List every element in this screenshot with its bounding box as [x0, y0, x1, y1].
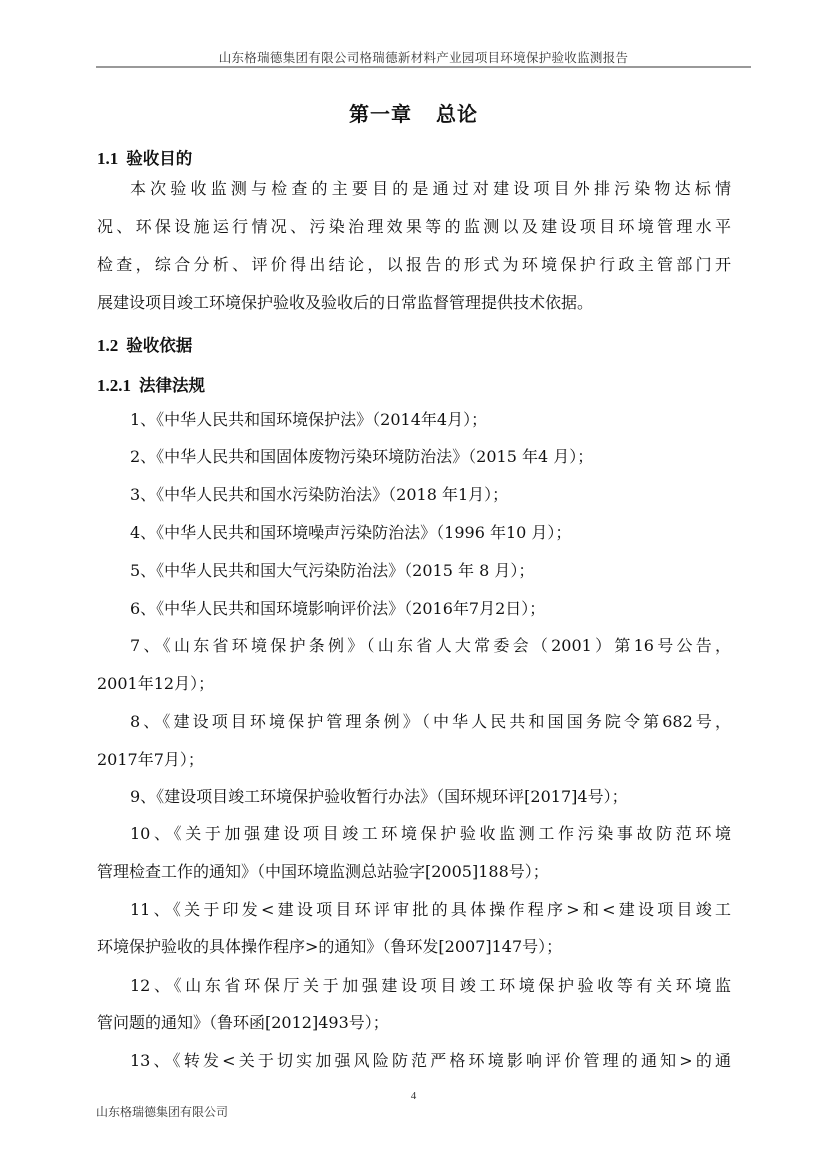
- list-item-continuation: 管问题的通知》（鲁环函[2012]493号）；: [97, 1013, 731, 1033]
- list-item: 12、《山东省环保厅关于加强建设项目竣工环境保护验收等有关环境监: [130, 976, 731, 996]
- list-item: 11、《关于印发<建设项目环评审批的具体操作程序>和<建设项目竣工: [130, 900, 731, 920]
- list-item: 7、《山东省环境保护条例》（山东省人大常委会（2001）第16号公告，: [130, 636, 731, 656]
- section-heading-1-2-1: 1.2.1法律法规: [97, 372, 205, 396]
- list-item: 6、《中华人民共和国环境影响评价法》（2016年7月2日）；: [130, 599, 764, 619]
- list-item: 4、《中华人民共和国环境噪声污染防治法》（1996 年10 月）；: [130, 523, 764, 543]
- header-rule: [96, 66, 751, 68]
- section-heading-1-1: 1.1验收目的: [97, 145, 192, 169]
- paragraph-line: 况、环保设施运行情况、污染治理效果等的监测以及建设项目环境管理水平: [97, 217, 731, 237]
- list-item: 2、《中华人民共和国固体废物污染环境防治法》（2015 年4 月）；: [130, 447, 764, 467]
- list-item: 3、《中华人民共和国水污染防治法》（2018 年1月）；: [130, 485, 764, 505]
- paragraph-line: 本次验收监测与检查的主要目的是通过对建设项目外排污染物达标情: [130, 179, 731, 199]
- list-item-continuation: 2001年12月）；: [97, 674, 731, 694]
- page-number: 4: [0, 1090, 827, 1102]
- section-heading-1-2: 1.2验收依据: [97, 332, 192, 356]
- list-item: 8、《建设项目环境保护管理条例》（中华人民共和国国务院令第682号，: [130, 712, 731, 732]
- list-item-continuation: 管理检查工作的通知》（中国环境监测总站验字[2005]188号）；: [97, 862, 731, 882]
- list-item: 10、《关于加强建设项目竣工环境保护验收监测工作污染事故防范环境: [130, 824, 731, 844]
- chapter-number: 第一章: [349, 102, 412, 126]
- list-item: 5、《中华人民共和国大气污染防治法》（2015 年 8 月）；: [130, 561, 764, 581]
- page-header: 山东格瑞德集团有限公司格瑞德新材料产业园项目环境保护验收监测报告: [96, 48, 751, 66]
- chapter-name: 总论: [436, 102, 478, 126]
- page-footer: 山东格瑞德集团有限公司: [96, 1103, 228, 1120]
- list-item: 1、《中华人民共和国环境保护法》（2014年4月）；: [130, 410, 764, 430]
- list-item: 13、《转发<关于切实加强风险防范严格环境影响评价管理的通知>的通: [130, 1051, 731, 1071]
- chapter-title: 第一章总论: [0, 98, 827, 127]
- list-item-continuation: 环境保护验收的具体操作程序>的通知》（鲁环发[2007]147号）；: [97, 937, 731, 957]
- paragraph-line: 展建设项目竣工环境保护验收及验收后的日常监督管理提供技术依据。: [97, 293, 731, 313]
- list-item-continuation: 2017年7月）；: [97, 750, 731, 770]
- paragraph-line: 检查，综合分析、评价得出结论，以报告的形式为环境保护行政主管部门开: [97, 255, 731, 275]
- list-item: 9、《建设项目竣工环境保护验收暂行办法》（国环规环评[2017]4号）；: [130, 787, 764, 807]
